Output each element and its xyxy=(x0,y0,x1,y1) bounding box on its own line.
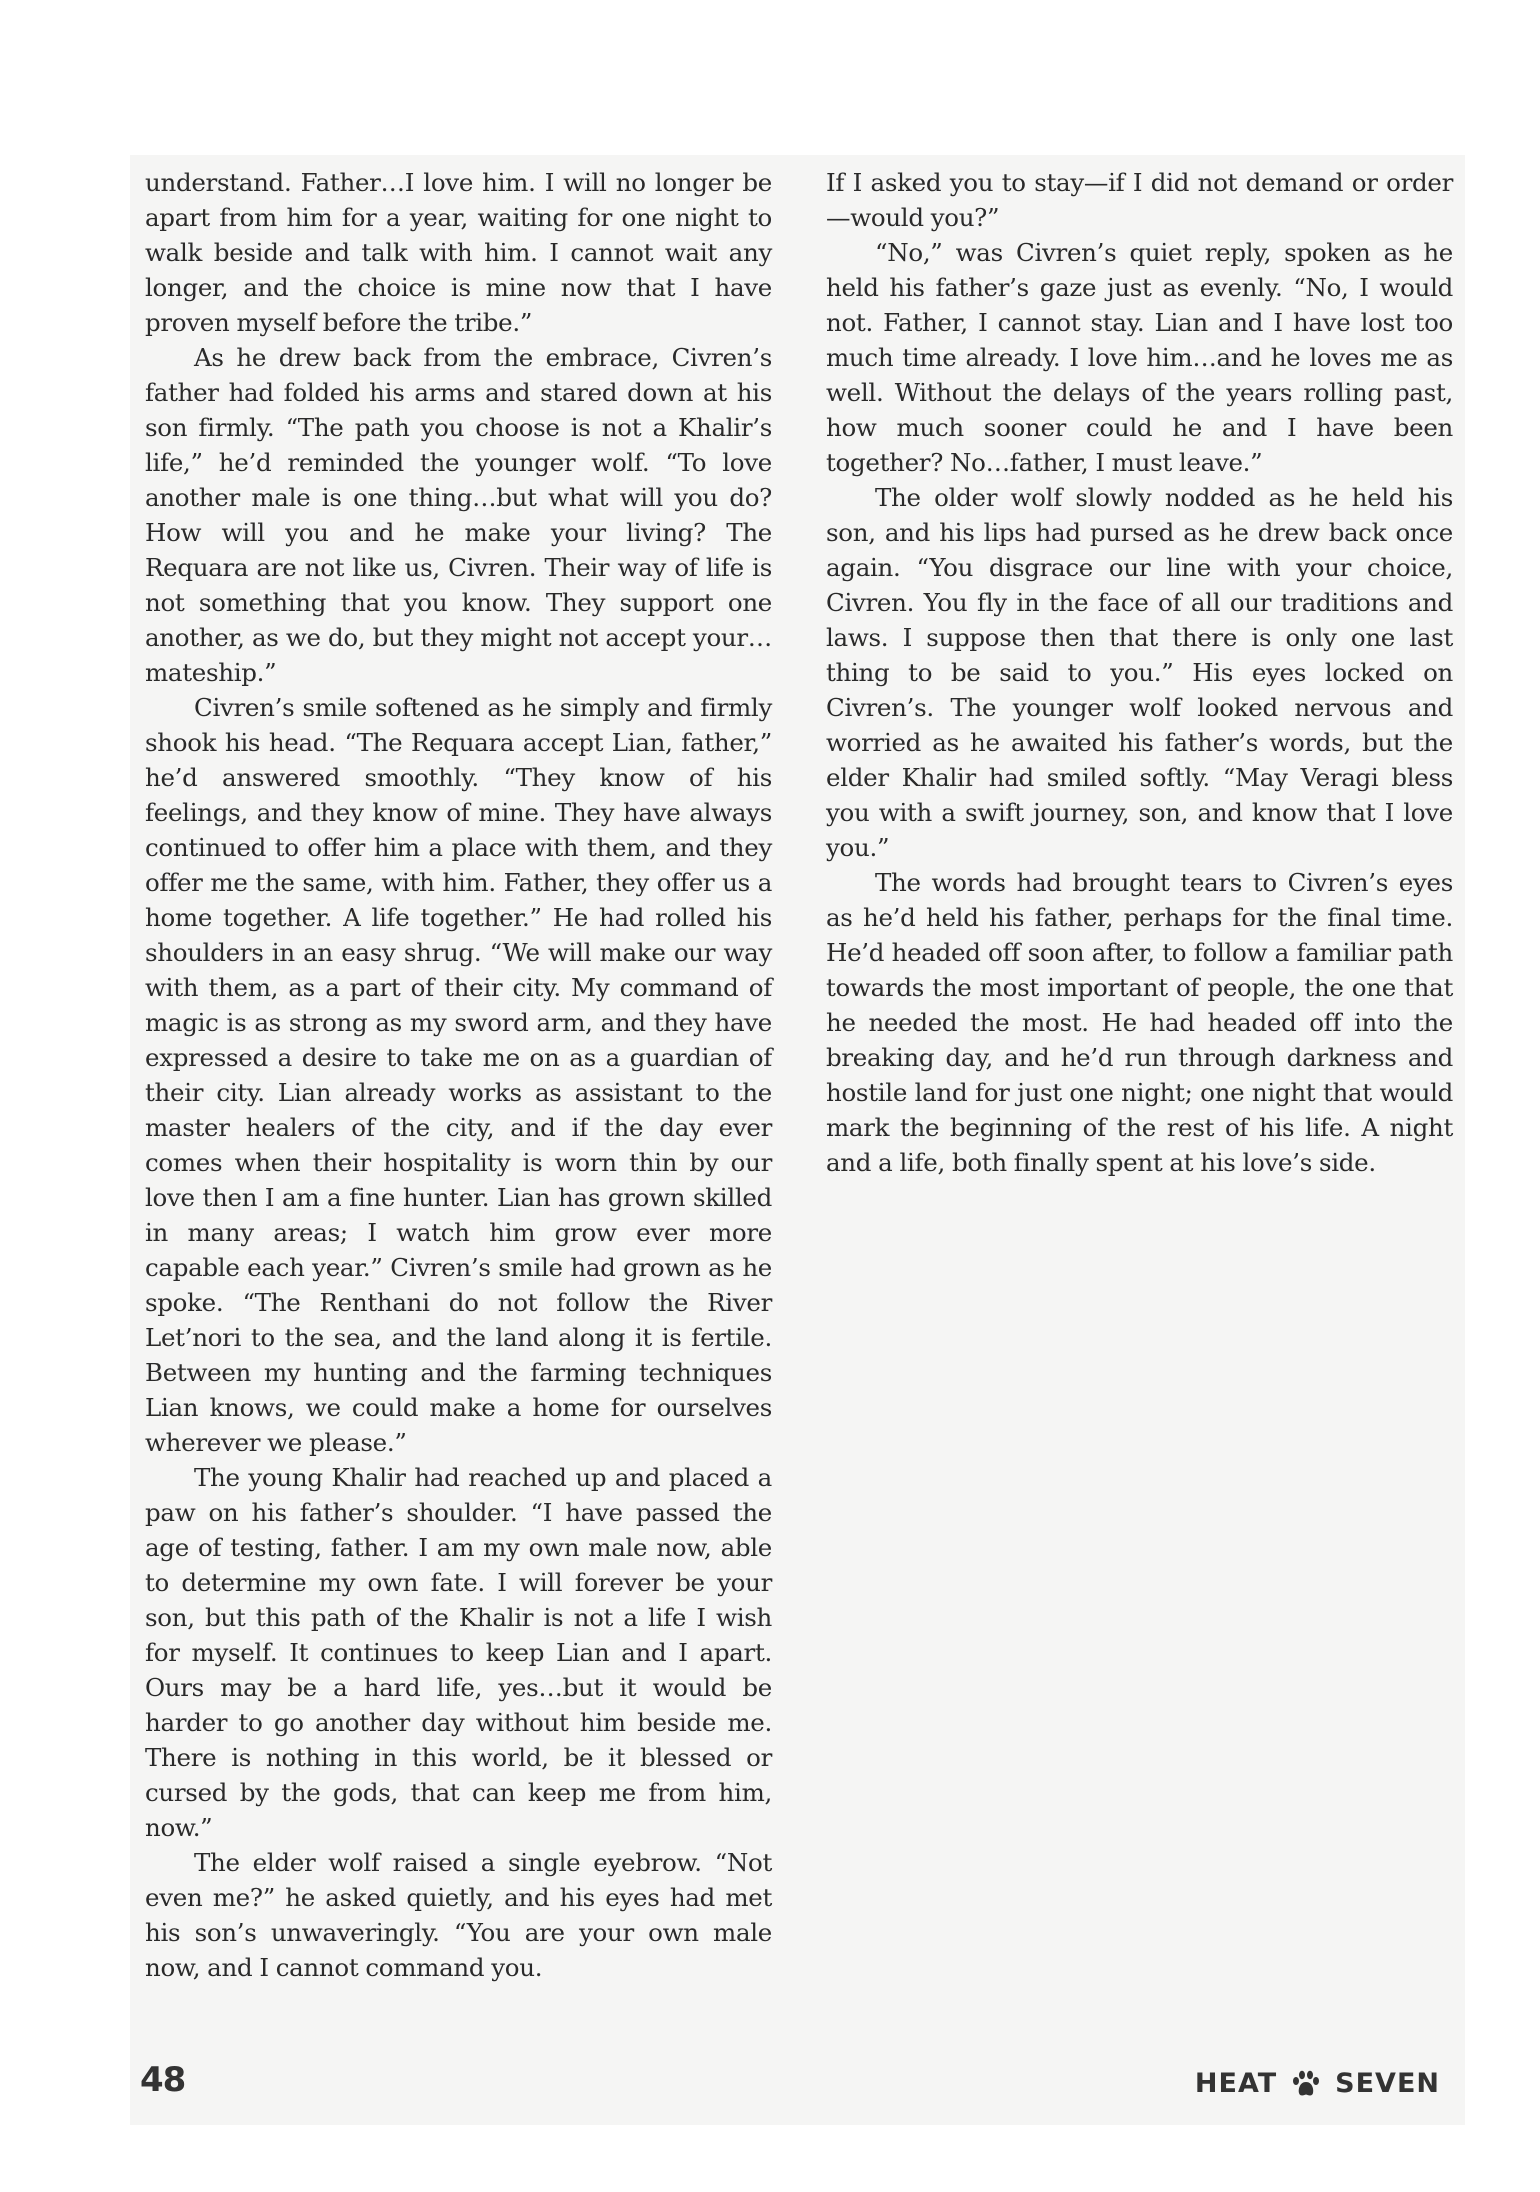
paragraph: The elder wolf raised a single eyebrow. … xyxy=(145,1845,772,1985)
brand-word-heat: HEAT xyxy=(1195,2068,1277,2099)
left-text-column: understand. Father…I love him. I will no… xyxy=(145,165,772,1985)
magazine-page: understand. Father…I love him. I will no… xyxy=(130,155,1465,2125)
right-text-column: If I asked you to stay—if I did not dema… xyxy=(826,165,1453,1180)
paragraph: understand. Father…I love him. I will no… xyxy=(145,165,772,340)
paragraph: The young Khalir had reached up and plac… xyxy=(145,1460,772,1845)
paragraph: Civren’s smile softened as he simply and… xyxy=(145,690,772,1460)
page-number: 48 xyxy=(140,2060,185,2100)
paragraph: As he drew back from the embrace, Civren… xyxy=(145,340,772,690)
paragraph: If I asked you to stay—if I did not dema… xyxy=(826,165,1453,235)
magazine-brand: HEAT SEVEN xyxy=(1195,2068,1440,2099)
paw-print-icon xyxy=(1291,2069,1321,2099)
paragraph: The older wolf slowly nodded as he held … xyxy=(826,480,1453,865)
brand-word-seven: SEVEN xyxy=(1335,2068,1440,2099)
paragraph: “No,” was Civren’s quiet reply, spoken a… xyxy=(826,235,1453,480)
paragraph: The words had brought tears to Civren’s … xyxy=(826,865,1453,1180)
